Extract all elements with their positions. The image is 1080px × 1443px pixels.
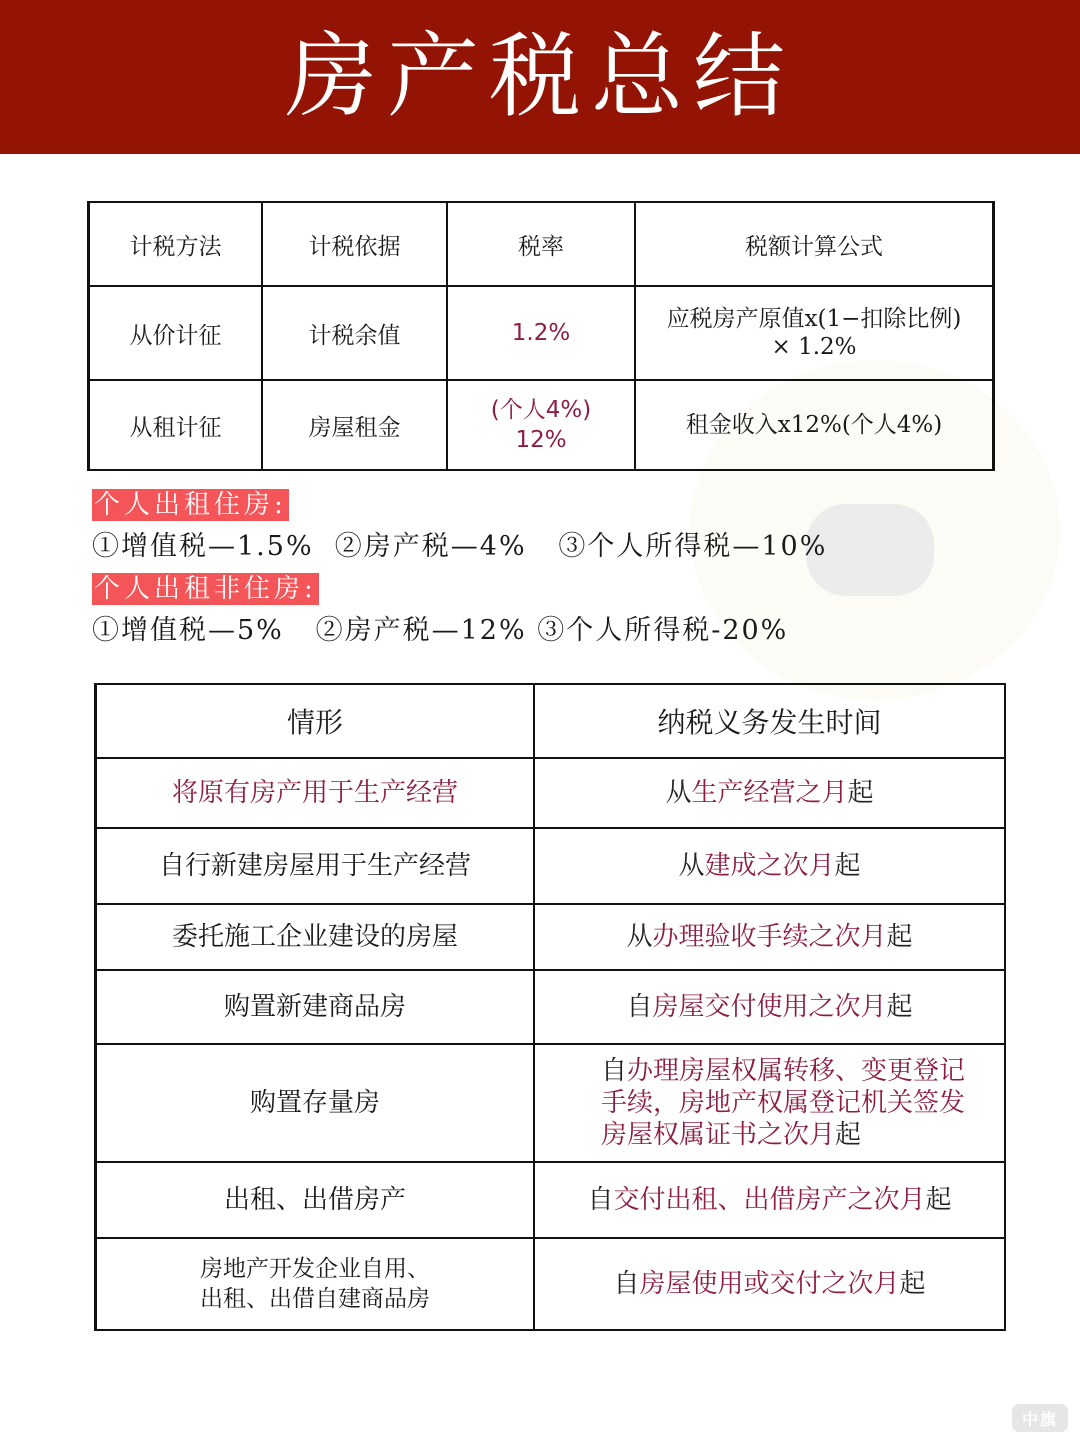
header-cell: 税额计算公式 <box>635 202 994 286</box>
basis-cell: 房屋租金 <box>262 380 447 470</box>
non-residential-rates: ①增值税—5% ②房产税—12% ③个人所得税-20% <box>92 611 992 651</box>
time-cell: 从建成之次月起 <box>534 828 1005 904</box>
rate-item: ③个人所得税-20% <box>537 615 788 646</box>
rate-value: (个人4%) <box>448 395 634 425</box>
header-cell: 计税方法 <box>89 202 263 286</box>
time-prefix: 从 <box>678 851 704 881</box>
time-cell: 自办理房屋权属转移、变更登记手续，房地产权属登记机关签发房屋权属证书之次月起 <box>534 1044 1005 1162</box>
rental-notes: 个人出租住房: ①增值税—1.5% ②房产税—4% ③个人所得税—10% 个人出… <box>92 489 992 657</box>
rate-item: ③个人所得税—10% <box>558 531 827 562</box>
situation-line: 房地产开发企业自用、 <box>97 1254 533 1284</box>
table-row: 从价计征 计税余值 1.2% 应税房产原值x(1−扣除比例) × 1.2% <box>89 286 994 380</box>
table-header-row: 计税方法 计税依据 税率 税额计算公式 <box>89 202 994 286</box>
time-highlight: 房屋交付使用之次月 <box>652 992 886 1022</box>
header-cell: 纳税义务发生时间 <box>534 684 1005 758</box>
rate-item: ①增值税—1.5% <box>92 531 314 562</box>
situation-cell: 购置存量房 <box>96 1044 535 1162</box>
time-prefix: 自 <box>613 1269 639 1299</box>
time-suffix: 起 <box>887 992 913 1022</box>
situation-cell: 委托施工企业建设的房屋 <box>96 904 535 970</box>
residential-tag: 个人出租住房: <box>92 489 289 521</box>
basis-cell: 计税余值 <box>262 286 447 380</box>
residential-rates: ①增值税—1.5% ②房产税—4% ③个人所得税—10% <box>92 527 992 567</box>
tax-obligation-table: 情形 纳税义务发生时间 将原有房产用于生产经营 从生产经营之月起 自行新建房屋用… <box>94 683 1006 1331</box>
time-highlight: 办理验收手续之次月 <box>652 922 886 952</box>
situation-cell: 自行新建房屋用于生产经营 <box>96 828 535 904</box>
table-row: 将原有房产用于生产经营 从生产经营之月起 <box>96 758 1006 828</box>
time-suffix: 起 <box>887 922 913 952</box>
time-prefix: 自 <box>587 1185 613 1215</box>
header-cell: 情形 <box>96 684 535 758</box>
table-row: 出租、出借房产 自交付出租、出借房产之次月起 <box>96 1162 1006 1238</box>
table-row: 从租计征 房屋租金 (个人4%) 12% 租金收入x12%(个人4%) <box>89 380 994 470</box>
rate-cell: 1.2% <box>447 286 635 380</box>
rate-item: ②房产税—4% <box>335 531 527 562</box>
situation-cell: 出租、出借房产 <box>96 1162 535 1238</box>
time-suffix: 起 <box>900 1269 926 1299</box>
header-cell: 计税依据 <box>262 202 447 286</box>
page-title: 房产税总结 <box>285 31 795 123</box>
time-highlight: 办理房屋权属转移、变更登记手续，房地产权属登记机关签发房屋权属证书之次月 <box>601 1056 965 1150</box>
tax-method-table: 计税方法 计税依据 税率 税额计算公式 从价计征 计税余值 1.2% 应税房产原… <box>87 201 995 471</box>
non-residential-tag: 个人出租非住房: <box>92 573 319 605</box>
method-cell: 从价计征 <box>89 286 263 380</box>
time-prefix: 自 <box>626 992 652 1022</box>
time-cell: 自交付出租、出借房产之次月起 <box>534 1162 1005 1238</box>
time-suffix: 起 <box>926 1185 952 1215</box>
time-highlight: 生产经营之月 <box>691 778 847 808</box>
formula-cell: 租金收入x12%(个人4%) <box>635 380 994 470</box>
situation-cell: 房地产开发企业自用、 出租、出借自建商品房 <box>96 1238 535 1330</box>
time-highlight: 房屋使用或交付之次月 <box>639 1269 899 1299</box>
method-cell: 从租计征 <box>89 380 263 470</box>
situation-cell: 将原有房产用于生产经营 <box>96 758 535 828</box>
time-suffix: 起 <box>835 851 861 881</box>
rate-cell: (个人4%) 12% <box>447 380 635 470</box>
situation-line: 出租、出借自建商品房 <box>97 1284 533 1314</box>
header-cell: 税率 <box>447 202 635 286</box>
table-row: 购置新建商品房 自房屋交付使用之次月起 <box>96 970 1006 1044</box>
table-header-row: 情形 纳税义务发生时间 <box>96 684 1006 758</box>
time-cell: 自房屋使用或交付之次月起 <box>534 1238 1005 1330</box>
time-prefix: 自 <box>601 1056 627 1086</box>
table-row: 购置存量房 自办理房屋权属转移、变更登记手续，房地产权属登记机关签发房屋权属证书… <box>96 1044 1006 1162</box>
time-cell: 自房屋交付使用之次月起 <box>534 970 1005 1044</box>
formula-line: × 1.2% <box>636 333 992 361</box>
time-cell: 从生产经营之月起 <box>534 758 1005 828</box>
time-suffix: 起 <box>848 778 874 808</box>
table-row: 房地产开发企业自用、 出租、出借自建商品房 自房屋使用或交付之次月起 <box>96 1238 1006 1330</box>
time-highlight: 交付出租、出借房产之次月 <box>613 1185 925 1215</box>
rate-item: ①增值税—5% <box>92 615 284 646</box>
formula-cell: 应税房产原值x(1−扣除比例) × 1.2% <box>635 286 994 380</box>
rate-value: 12% <box>448 425 634 455</box>
formula-line: 应税房产原值x(1−扣除比例) <box>636 305 992 333</box>
table-row: 自行新建房屋用于生产经营 从建成之次月起 <box>96 828 1006 904</box>
time-suffix: 起 <box>835 1120 861 1150</box>
table-row: 委托施工企业建设的房屋 从办理验收手续之次月起 <box>96 904 1006 970</box>
time-highlight: 建成之次月 <box>704 851 834 881</box>
rate-value: 1.2% <box>448 318 634 348</box>
title-banner: 房产税总结 <box>0 0 1080 154</box>
time-cell: 从办理验收手续之次月起 <box>534 904 1005 970</box>
watermark-badge: 中旗 <box>1012 1404 1068 1432</box>
time-prefix: 从 <box>626 922 652 952</box>
rate-item: ②房产税—12% <box>316 615 527 646</box>
time-prefix: 从 <box>665 778 691 808</box>
formula-line: 租金收入x12%(个人4%) <box>636 411 992 439</box>
situation-cell: 购置新建商品房 <box>96 970 535 1044</box>
